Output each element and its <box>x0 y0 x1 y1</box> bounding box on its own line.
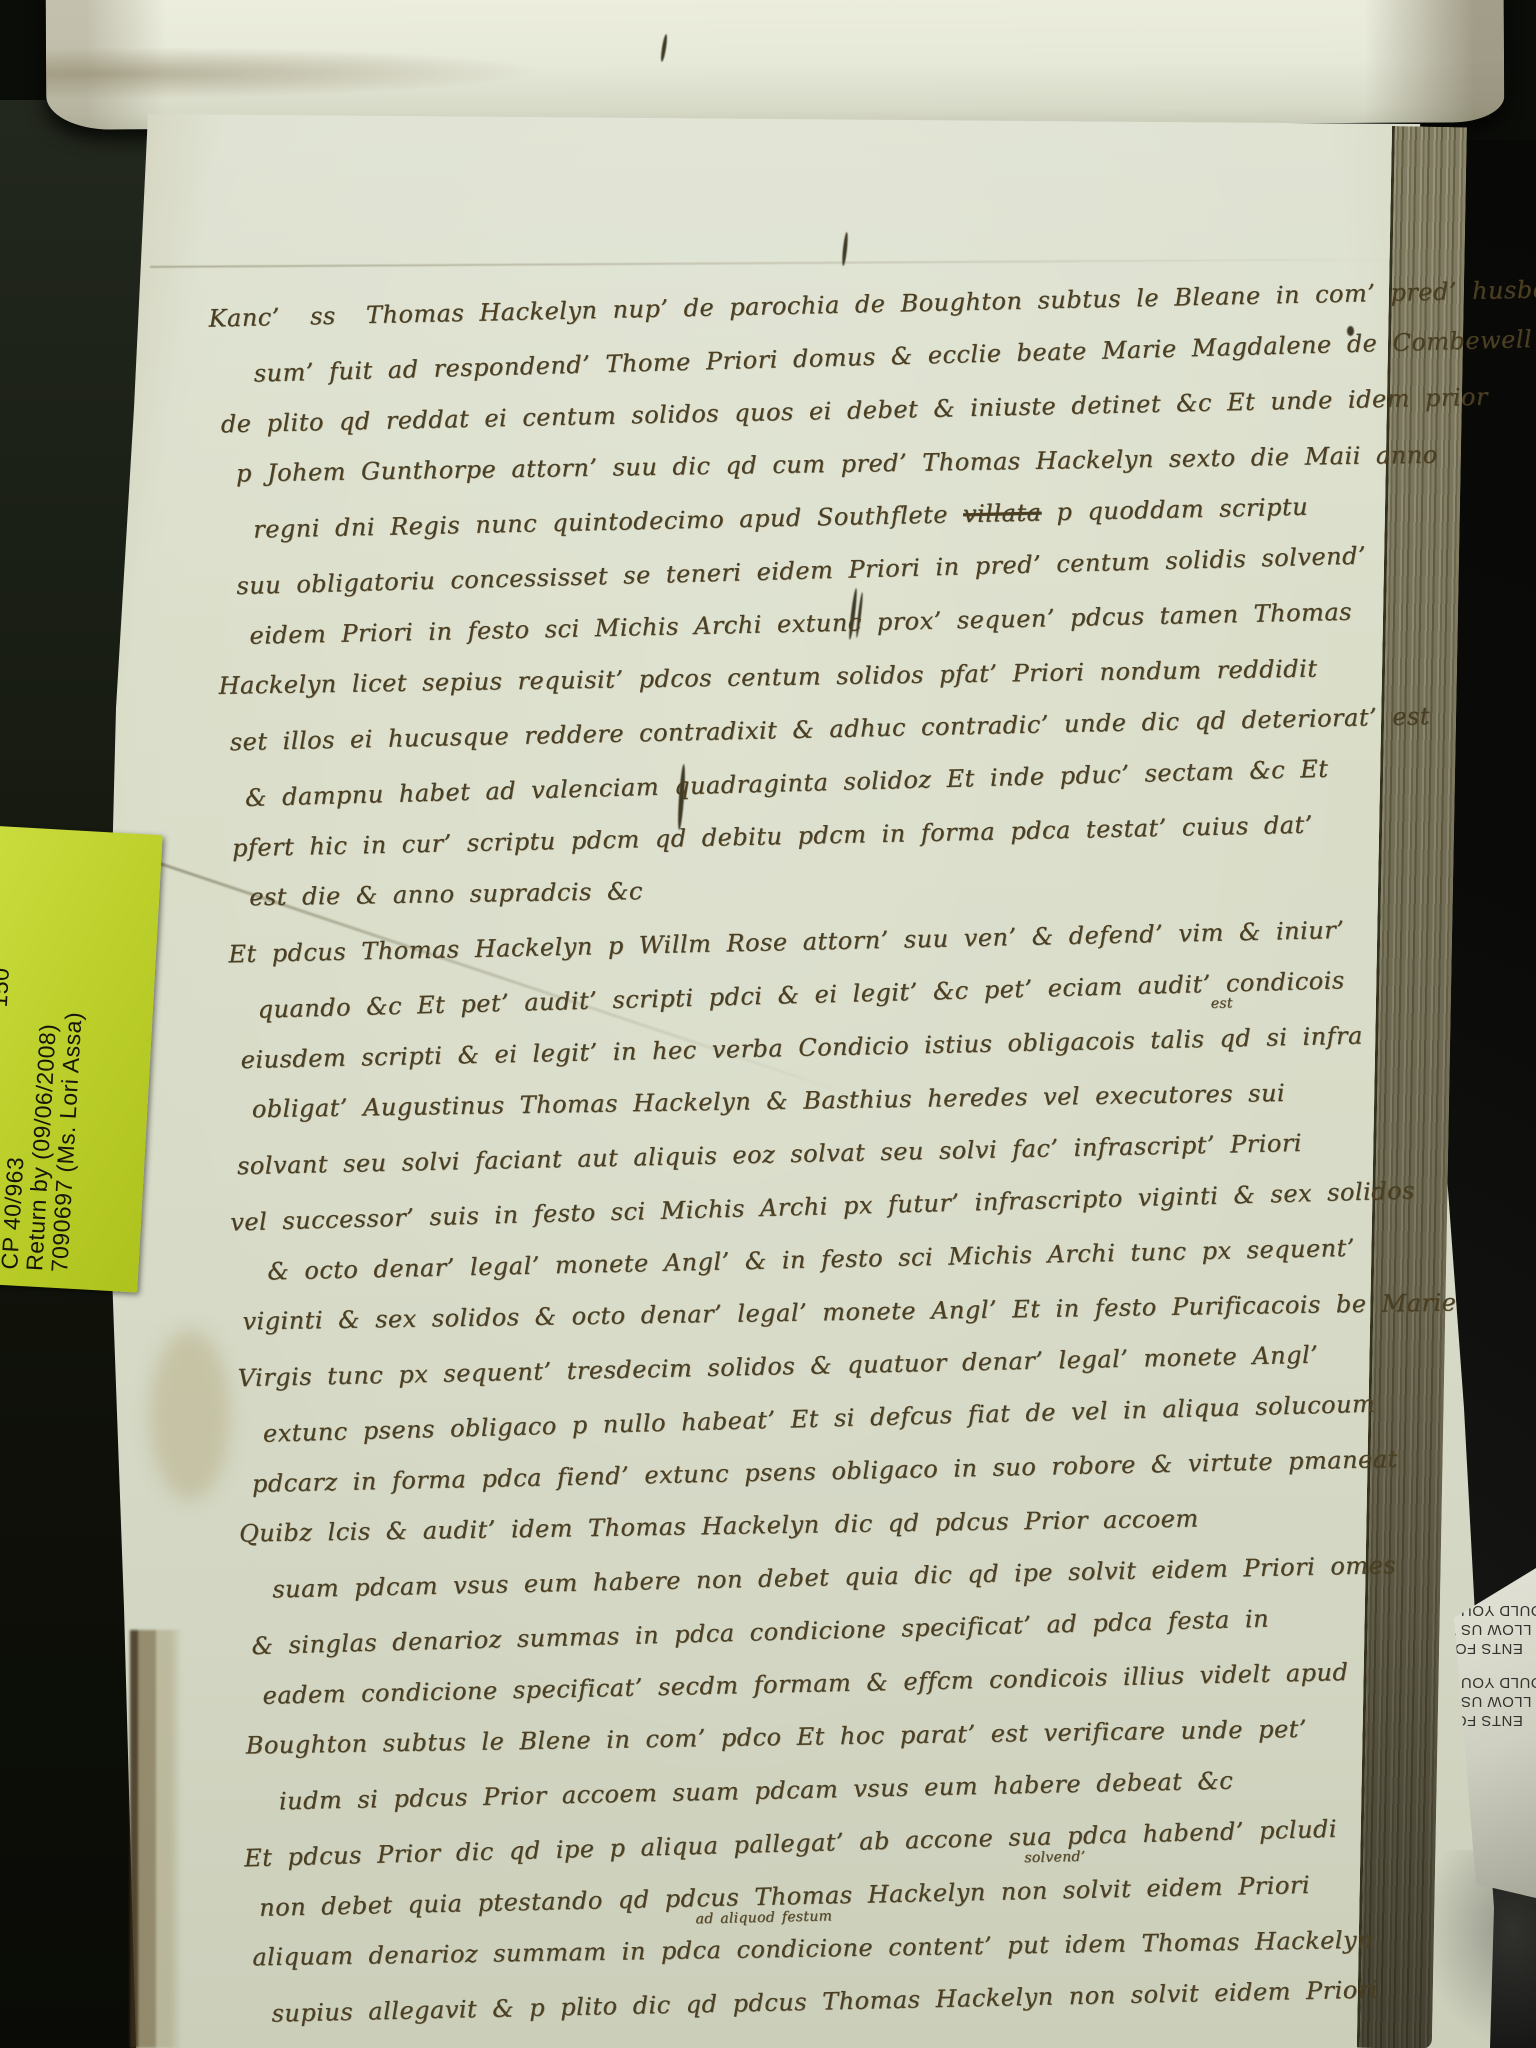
archival-sticker: 5064095 150 CP 40/963 Return by (09/06/2… <box>0 825 163 1292</box>
interlinear-note: ad aliquod festum <box>695 1909 832 1926</box>
interlinear-note: solvend’ <box>1024 1850 1085 1865</box>
line-segment: p quoddam scriptu <box>1056 493 1308 526</box>
folio-number: 150 <box>0 967 14 1008</box>
manuscript-text-block: Kanc’ ss Thomas Hackelyn nup’ de parochi… <box>190 266 1443 2041</box>
photograph-of-plea-roll: { "archive_sticker": { "color": "#bdd02c… <box>0 0 1536 2048</box>
stacked-folios-top <box>46 0 1505 130</box>
line-segment: regni dni Regis nunc quintodecimo apud S… <box>253 501 948 544</box>
interlinear-note: est <box>1211 996 1233 1010</box>
left-rough-edge <box>130 1630 182 2048</box>
struck-through-text: villata <box>963 498 1042 528</box>
sticker-text: 5064095 150 CP 40/963 Return by (09/06/2… <box>0 825 163 1292</box>
